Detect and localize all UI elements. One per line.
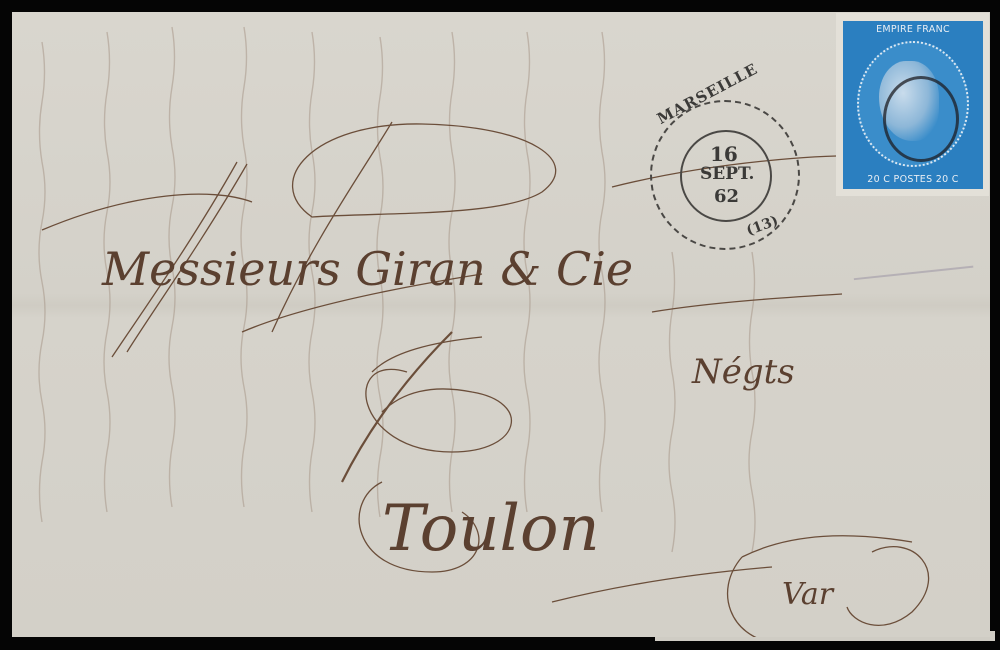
stamp-design: EMPIRE FRANC 20 C POSTES 20 C [843, 21, 983, 189]
addressee-city: Toulon [382, 492, 600, 566]
stamp-bottom-text: 20 C POSTES 20 C [843, 173, 983, 187]
stamp-top-text: EMPIRE FRANC [843, 23, 983, 37]
postmark-day: 16 [710, 142, 738, 166]
addressee-name: Messieurs Giran & Cie [102, 242, 633, 296]
postage-stamp: EMPIRE FRANC 20 C POSTES 20 C [836, 13, 989, 196]
postmark-year: 62 [714, 186, 739, 207]
postmark: MARSEILLE 16 SEPT. 62 (13) [650, 100, 800, 250]
addressee-department: Var [782, 577, 833, 612]
cancellation-mark [883, 76, 959, 162]
postmark-month: SEPT. [700, 164, 754, 184]
addressee-title: Négts [692, 352, 795, 392]
